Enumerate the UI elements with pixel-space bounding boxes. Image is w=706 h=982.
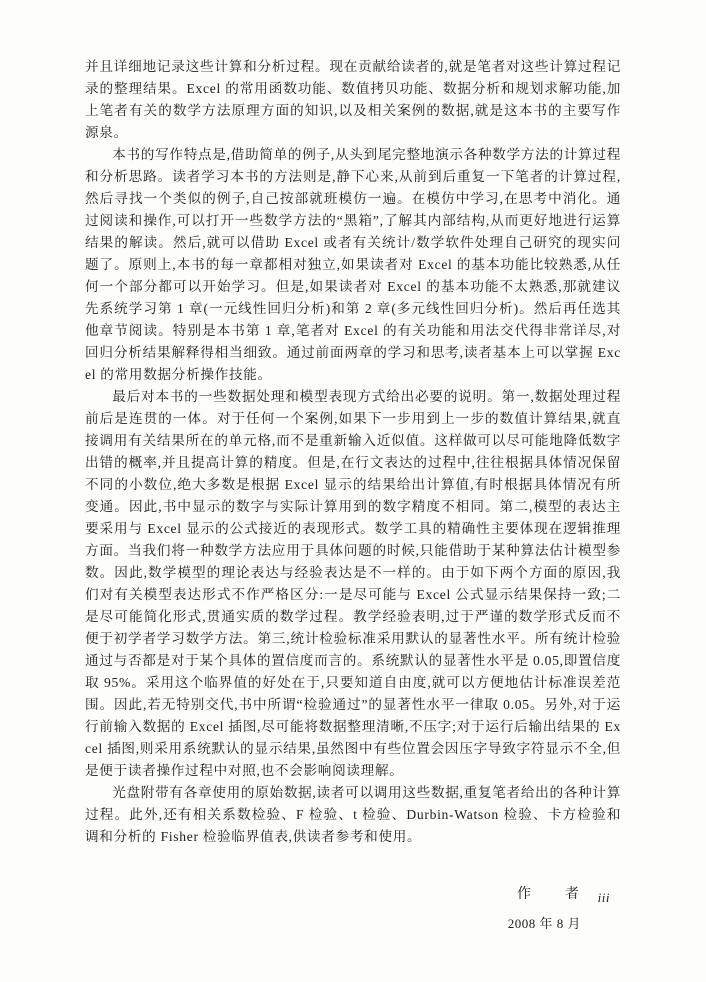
page-number: iii (598, 890, 610, 906)
preface-text-block: 并且详细地记录这些计算和分析过程。现在贡献给读者的,就是笔者对这些计算过程记录的… (85, 56, 621, 935)
paragraph-writing-style: 本书的写作特点是,借助简单的例子,从头到尾完整地演示各种数学方法的计算过程和分析… (85, 144, 621, 386)
paragraph-continuation: 并且详细地记录这些计算和分析过程。现在贡献给读者的,就是笔者对这些计算过程记录的… (85, 56, 621, 144)
paragraph-notes: 最后对本书的一些数据处理和模型表现方式给出必要的说明。第一,数据处理过程前后是连… (85, 386, 621, 782)
signature-block: 作 者 2008 年 8 月 (85, 884, 621, 935)
book-page: 并且详细地记录这些计算和分析过程。现在贡献给读者的,就是笔者对这些计算过程记录的… (0, 0, 706, 982)
signature-date: 2008 年 8 月 (85, 913, 581, 935)
author-signature: 作 者 (85, 884, 581, 906)
paragraph-cdrom: 光盘附带有各章使用的原始数据,读者可以调用这些数据,重复笔者给出的各种计算过程。… (85, 782, 621, 848)
